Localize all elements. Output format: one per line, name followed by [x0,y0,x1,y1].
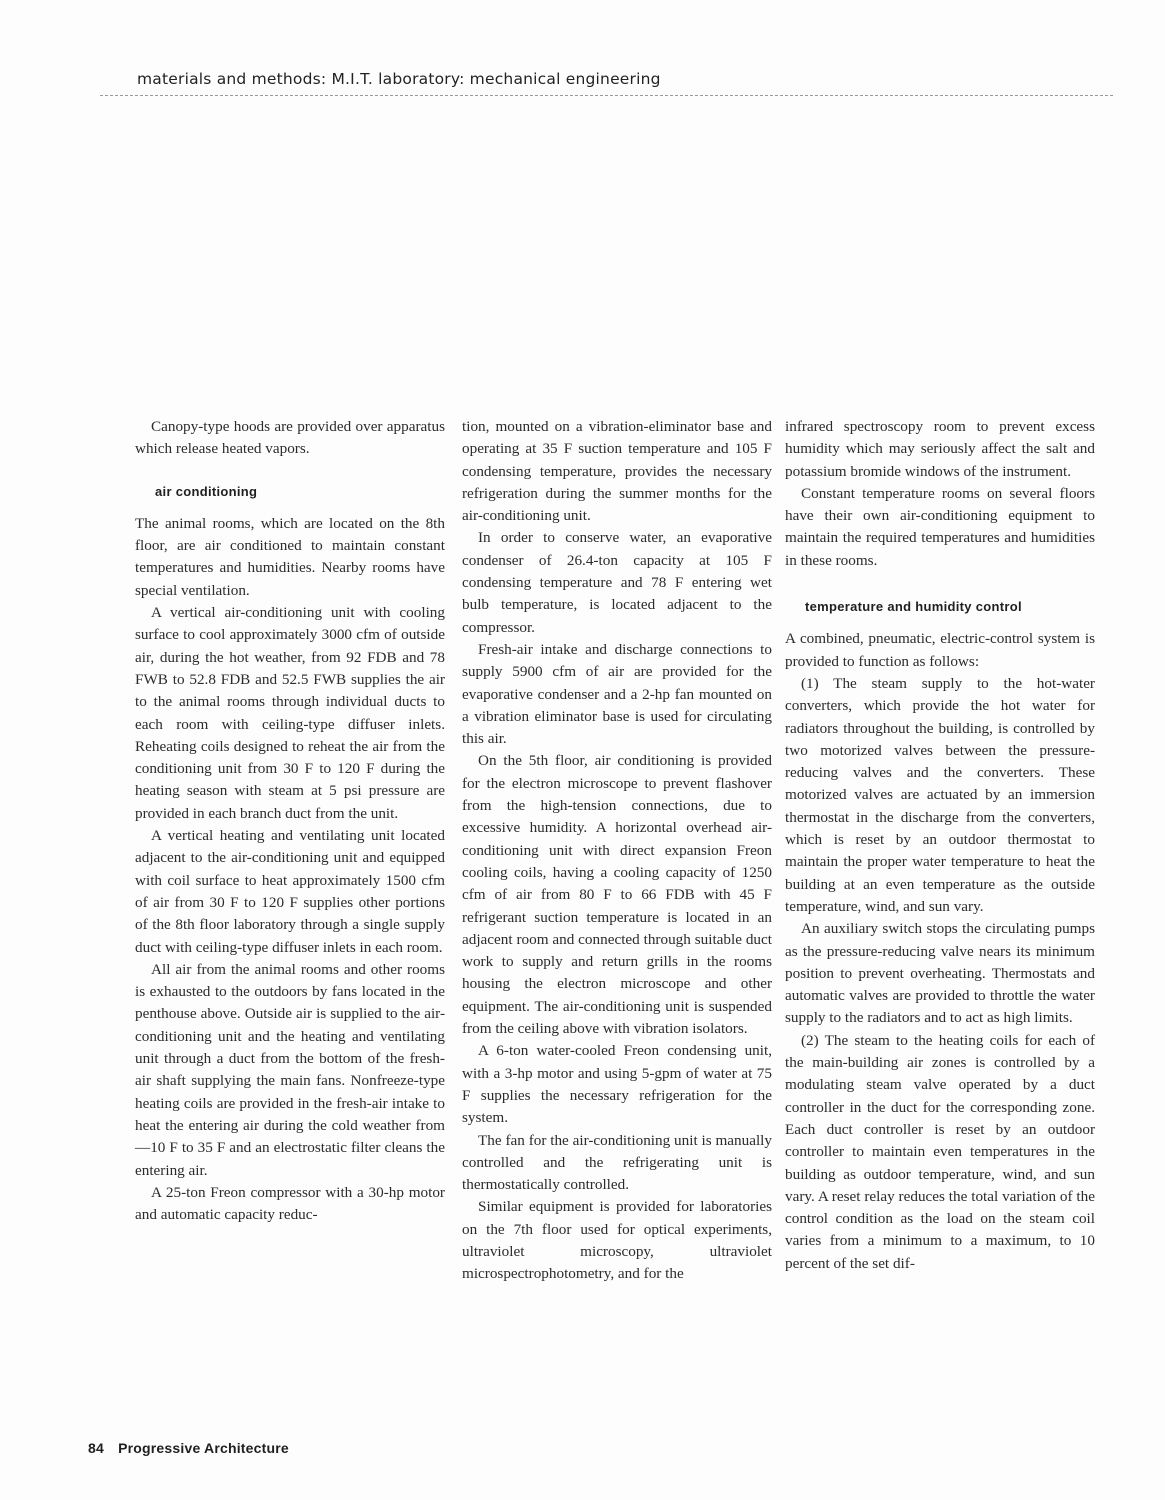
paragraph: In order to conserve water, an evaporati… [462,527,772,638]
paragraph: The fan for the air-conditioning unit is… [462,1130,772,1197]
paragraph: Canopy-type hoods are provided over appa… [135,416,445,461]
paragraph: On the 5th floor, air conditioning is pr… [462,750,772,1040]
page-footer: 84 Progressive Architecture [88,1440,289,1456]
text-column-2: tion, mounted on a vibration-eliminator … [462,416,772,1286]
page-number: 84 [88,1440,104,1456]
paragraph: All air from the animal rooms and other … [135,959,445,1182]
text-column-3: infrared spectroscopy room to prevent ex… [785,416,1095,1275]
section-heading: temperature and humidity control [805,596,1095,618]
paragraph: infrared spectroscopy room to prevent ex… [785,416,1095,483]
paragraph: (2) The steam to the heating coils for e… [785,1030,1095,1275]
paragraph: Fresh-air intake and discharge connectio… [462,639,772,750]
text-column-1: Canopy-type hoods are provided over appa… [135,416,445,1226]
section-heading: air conditioning [155,481,445,503]
paragraph: A vertical air-conditioning unit with co… [135,602,445,825]
running-head: materials and methods: M.I.T. laboratory… [137,70,661,88]
publication-name: Progressive Architecture [118,1440,289,1456]
paragraph: An auxiliary switch stops the circulatin… [785,918,1095,1029]
paragraph: Constant temperature rooms on several fl… [785,483,1095,572]
paragraph: Similar equipment is provided for labora… [462,1196,772,1285]
paragraph: (1) The steam supply to the hot-water co… [785,673,1095,918]
paragraph: tion, mounted on a vibration-eliminator … [462,416,772,527]
paragraph: The animal rooms, which are located on t… [135,513,445,602]
paragraph: A 25-ton Freon compressor with a 30-hp m… [135,1182,445,1227]
paragraph: A combined, pneumatic, electric-control … [785,628,1095,673]
paragraph: A 6-ton water-cooled Freon condensing un… [462,1040,772,1129]
paragraph: A vertical heating and ventilating unit … [135,825,445,959]
header-rule [100,95,1113,96]
